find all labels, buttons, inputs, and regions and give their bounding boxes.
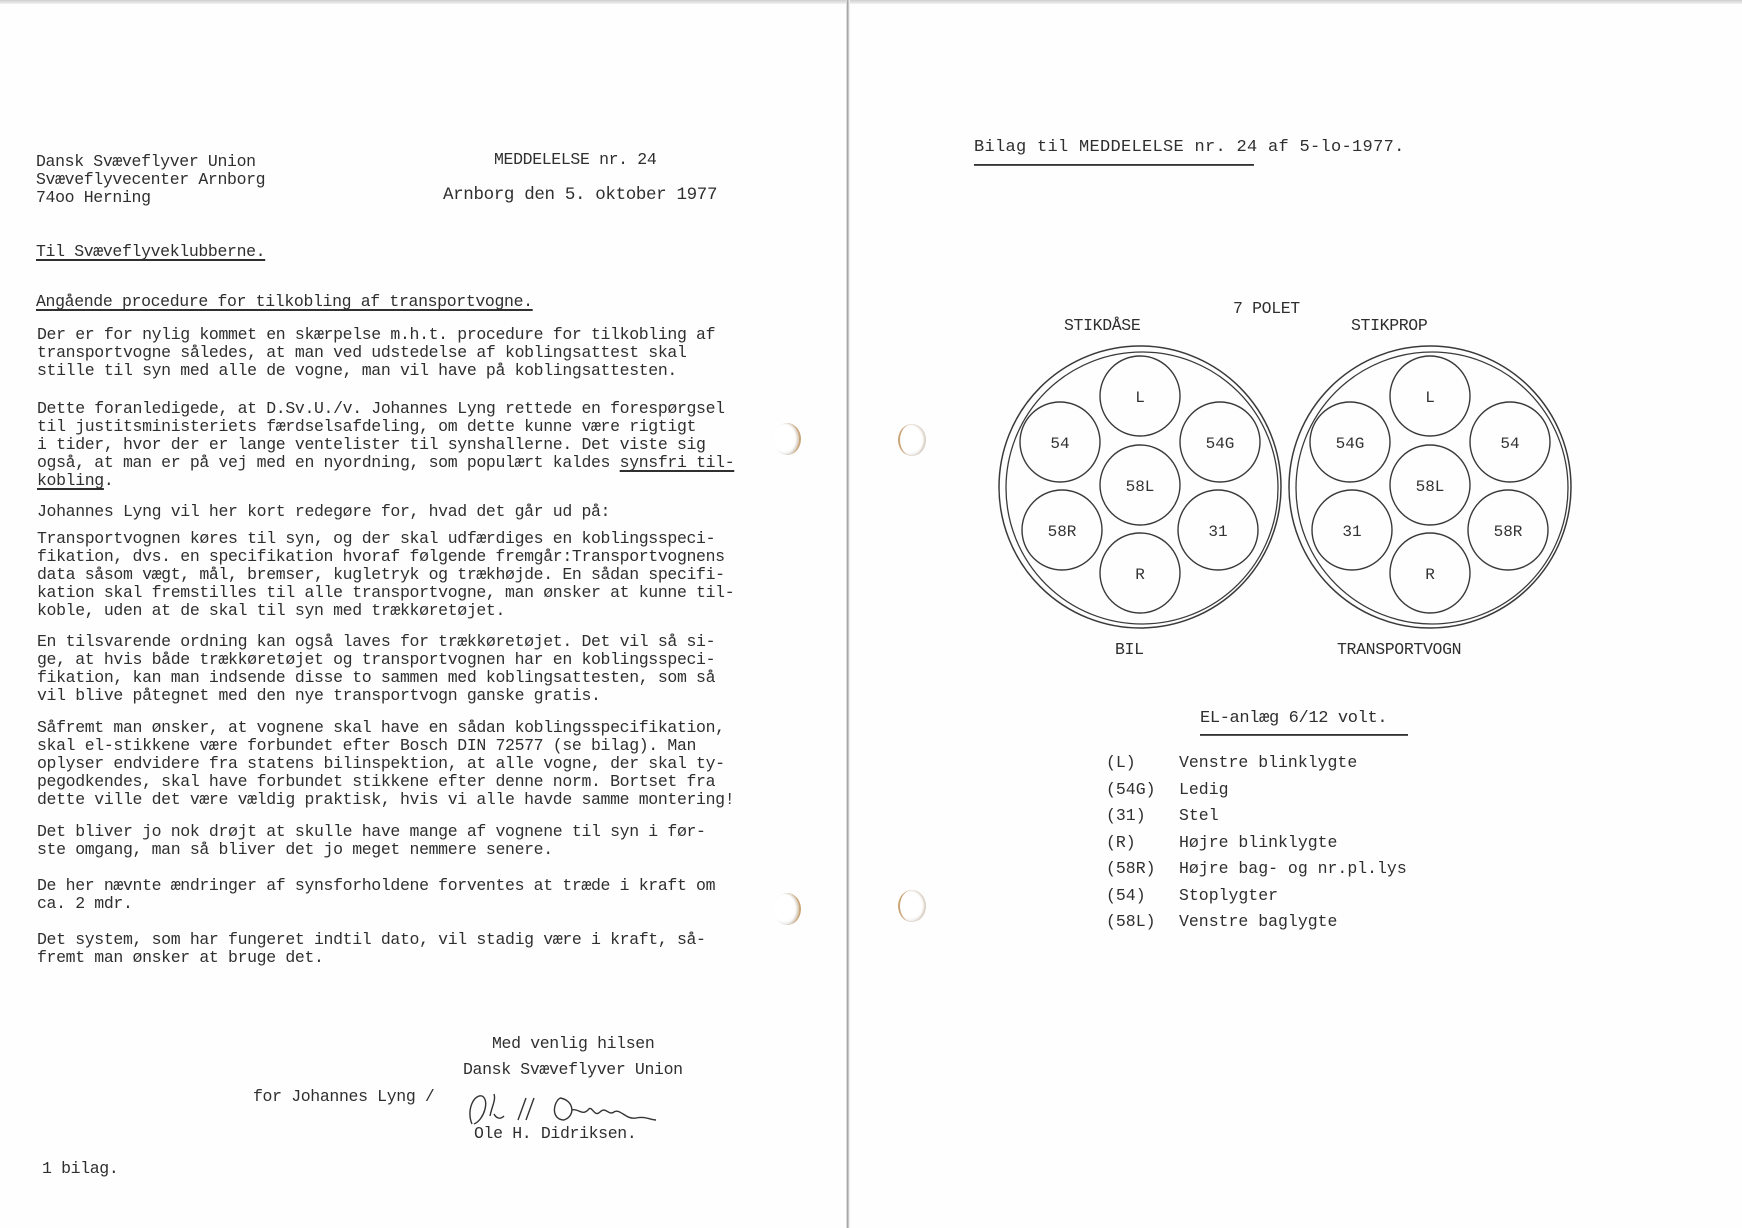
pin-label: 58L bbox=[1416, 478, 1445, 496]
pin-label: 54G bbox=[1336, 435, 1365, 453]
pin-label: 31 bbox=[1208, 523, 1227, 541]
pin-label: 54 bbox=[1500, 435, 1519, 453]
pin-label: R bbox=[1425, 566, 1435, 584]
plug-diagram: L54G5458L3158RR bbox=[1289, 346, 1571, 628]
pin-label: R bbox=[1135, 566, 1145, 584]
pin-label: 31 bbox=[1342, 523, 1361, 541]
pin-label: 54 bbox=[1050, 435, 1069, 453]
pin-label: 54G bbox=[1206, 435, 1235, 453]
pin-label: 58R bbox=[1048, 523, 1077, 541]
pin-label: 58L bbox=[1126, 478, 1155, 496]
seven-pin-connector-diagram: L5454G58L58R31RL54G5458L3158RR bbox=[0, 0, 1742, 1228]
pin-label: L bbox=[1135, 389, 1145, 407]
pin-label: 58R bbox=[1494, 523, 1523, 541]
pin-label: L bbox=[1425, 389, 1435, 407]
socket-diagram: L5454G58L58R31R bbox=[999, 346, 1281, 628]
